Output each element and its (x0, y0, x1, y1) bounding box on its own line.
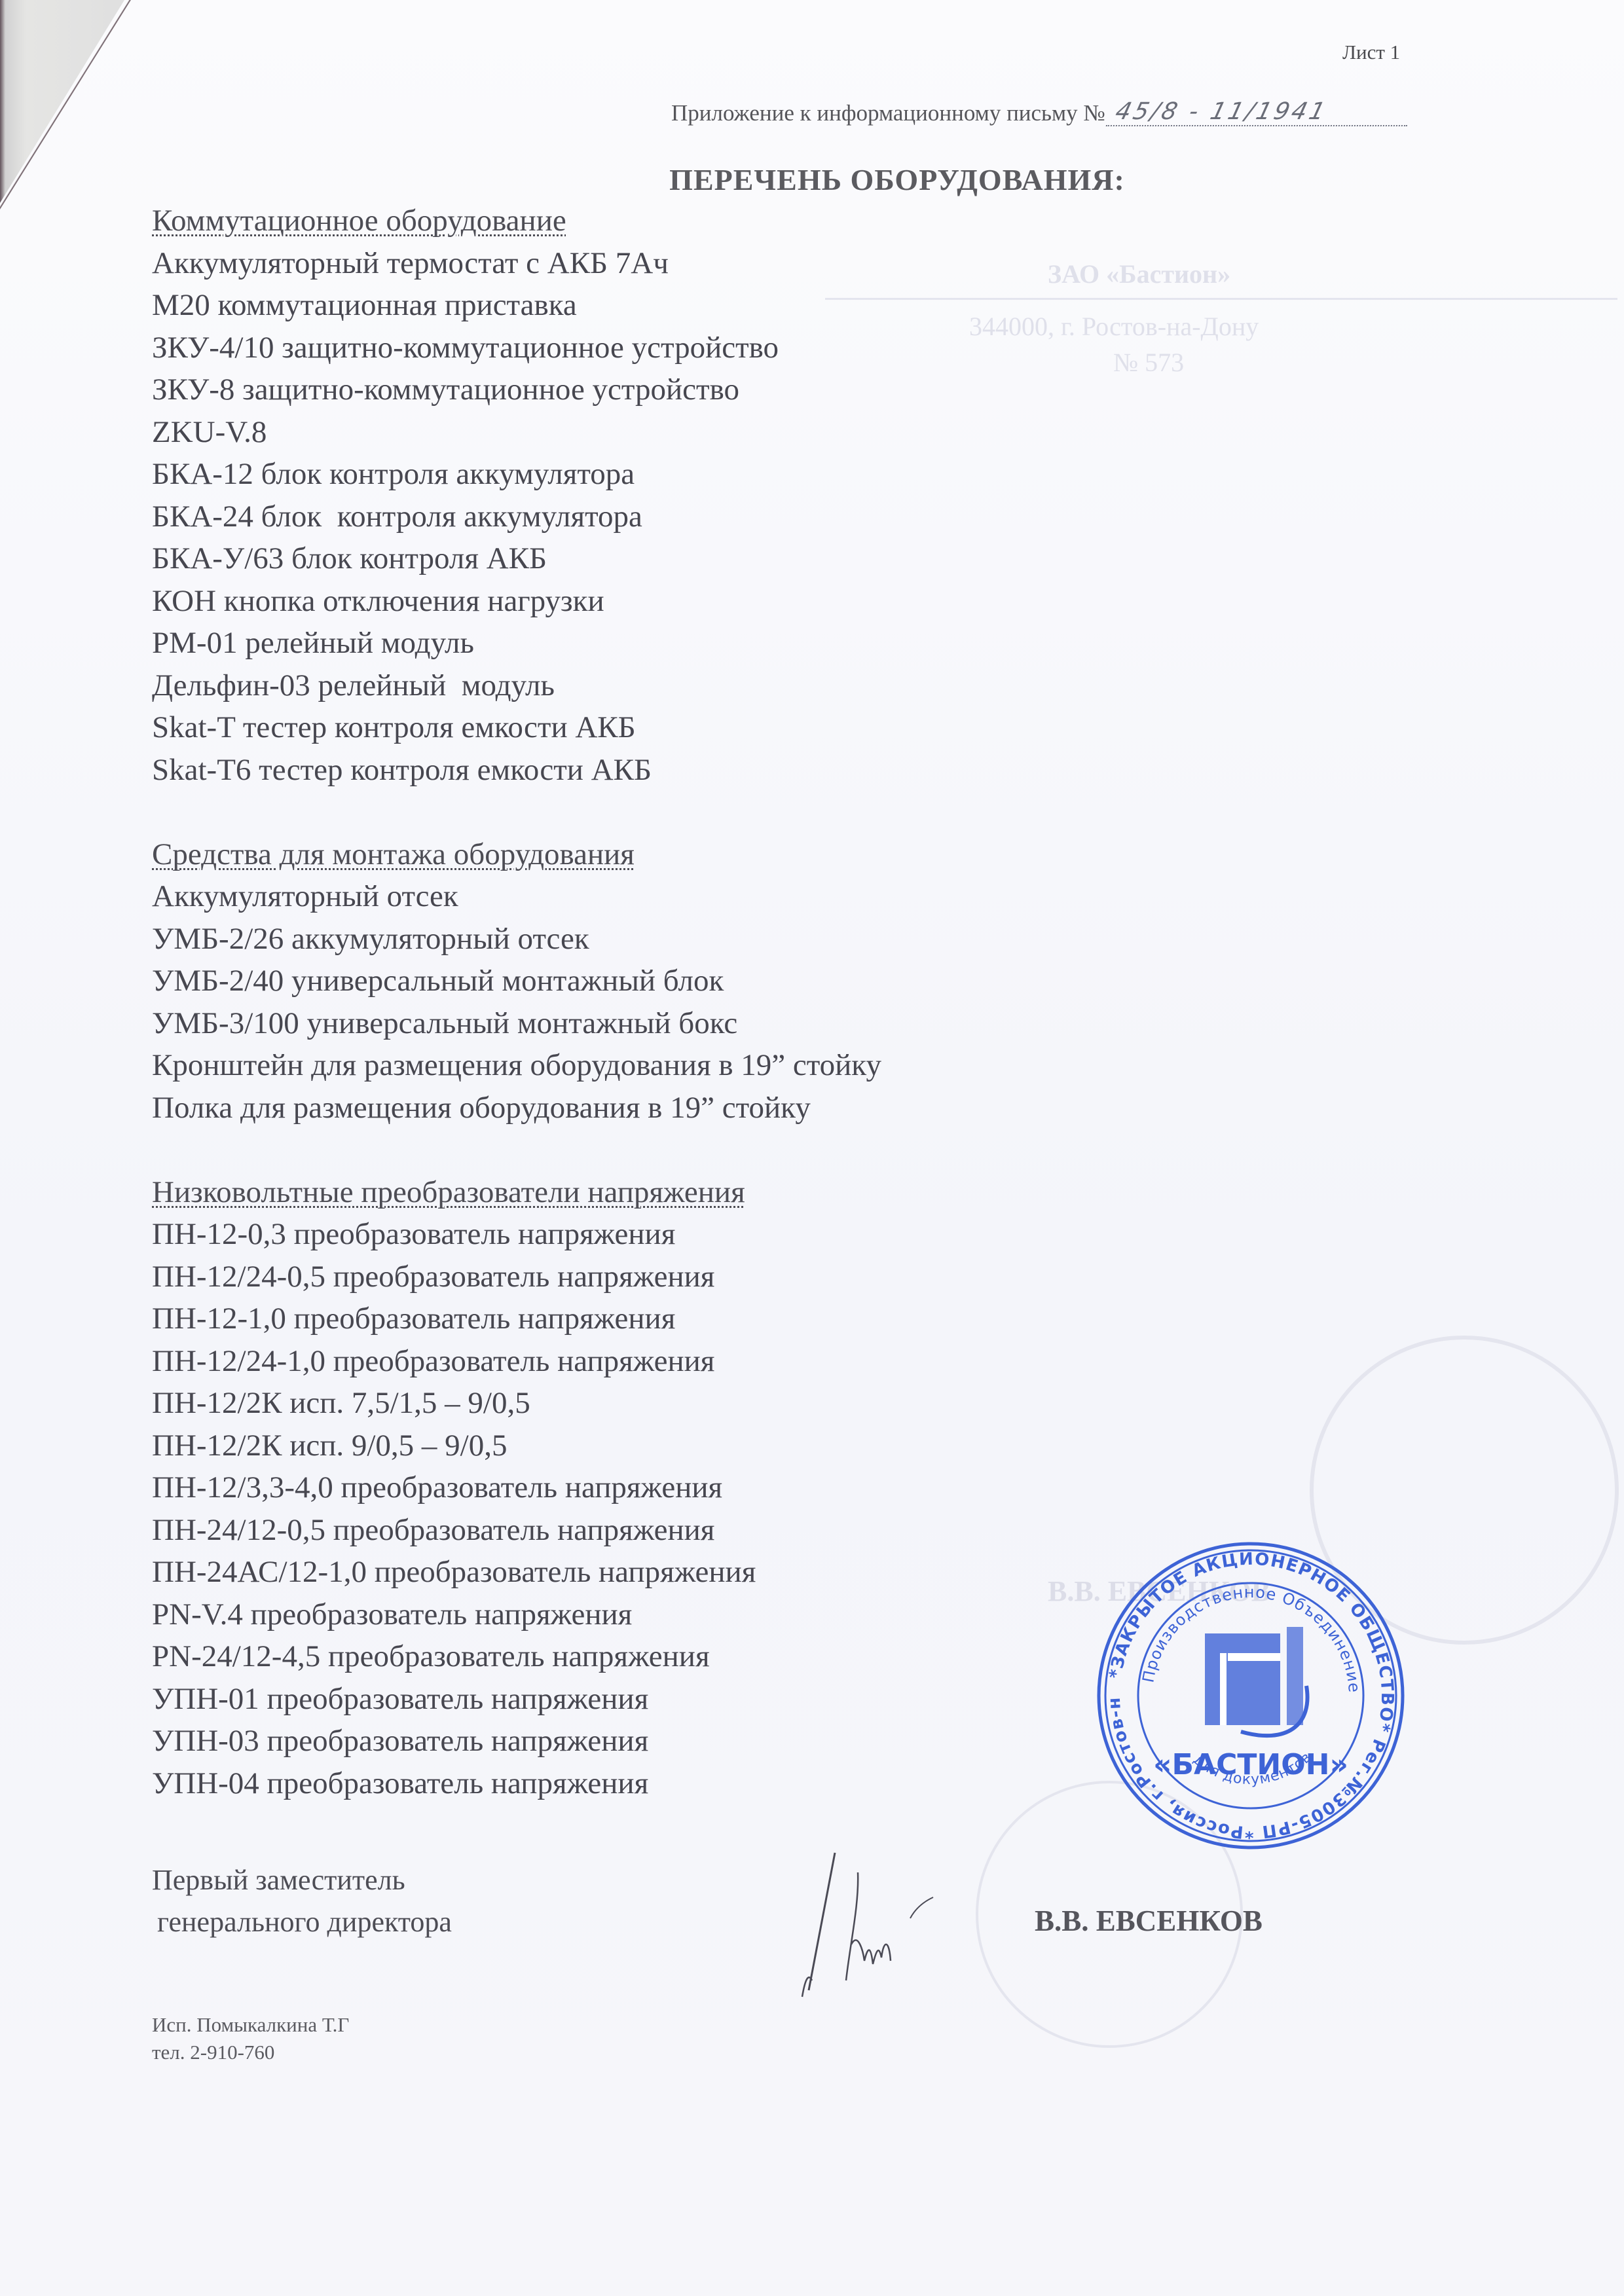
signer-position-line-1: Первый заместитель (152, 1859, 452, 1901)
executor-info: Исп. Помыкалкина Т.Г тел. 2-910-760 (152, 2011, 349, 2066)
list-item: ZKU-V.8 (152, 411, 1265, 454)
section-heading: Средства для монтажа оборудования (152, 833, 1265, 876)
appendix-prefix: Приложение к информационному письму № (671, 100, 1105, 126)
sheet-number: Лист 1 (1342, 41, 1400, 64)
list-item: ЗКУ-4/10 защитно-коммутационное устройст… (152, 327, 1265, 369)
company-seal: *ЗАКРЫТОЕ АКЦИОНЕРНОЕ ОБЩЕСТВО* Рег.№300… (1090, 1535, 1411, 1856)
executor-name: Исп. Помыкалкина Т.Г (152, 2011, 349, 2039)
list-item: Дельфин-03 релейный модуль (152, 665, 1265, 707)
list-item: БКА-У/63 блок контроля АКБ (152, 538, 1265, 580)
signer-position: Первый заместитель генерального директор… (152, 1859, 452, 1943)
seal-logo-icon (1205, 1627, 1308, 1736)
signer-name: В.В. ЕВСЕНКОВ (1035, 1904, 1263, 1938)
section-heading: Коммутационное оборудование (152, 200, 1265, 242)
document-page: ЗАО «Бастион» 344000, г. Ростов-на-Дону … (0, 0, 1624, 2296)
list-item: УМБ-3/100 универсальный монтажный бокс (152, 1002, 1265, 1045)
appendix-reference: Приложение к информационному письму № 45… (671, 98, 1411, 126)
section-gap (152, 791, 1265, 833)
list-item: ПН-12-0,3 преобразователь напряжения (152, 1213, 1265, 1256)
list-item: ПН-12/2К исп. 7,5/1,5 – 9/0,5 (152, 1382, 1265, 1425)
list-item: ПН-12/24-1,0 преобразователь напряжения (152, 1340, 1265, 1383)
seal-center-name: «БАСТИОН» (1153, 1748, 1348, 1781)
list-item: Skat-T6 тестер контроля емкости АКБ (152, 749, 1265, 792)
executor-phone: тел. 2-910-760 (152, 2039, 349, 2066)
list-item: ПН-12/24-0,5 преобразователь напряжения (152, 1256, 1265, 1298)
list-item: Аккумуляторный отсек (152, 875, 1265, 918)
list-item: Skat-T тестер контроля емкости АКБ (152, 706, 1265, 749)
list-item: БКА-12 блок контроля аккумулятора (152, 453, 1265, 496)
document-title: ПЕРЕЧЕНЬ ОБОРУДОВАНИЯ: (0, 162, 1624, 197)
list-item: КОН кнопка отключения нагрузки (152, 580, 1265, 623)
signer-position-line-2: генерального директора (152, 1901, 452, 1943)
appendix-number-handwritten: 45/8 - 11/1941 (1105, 98, 1414, 126)
list-item: Аккумуляторный термостат с АКБ 7Ач (152, 242, 1265, 285)
section-gap (152, 1129, 1265, 1171)
list-item: Полка для размещения оборудования в 19” … (152, 1087, 1265, 1129)
list-item: БКА-24 блок контроля аккумулятора (152, 496, 1265, 538)
list-item: М20 коммутационная приставка (152, 284, 1265, 327)
list-item: ЗКУ-8 защитно-коммутационное устройство (152, 369, 1265, 411)
list-item: УМБ-2/40 универсальный монтажный блок (152, 960, 1265, 1002)
handwritten-signature (786, 1846, 982, 2003)
list-item: ПН-12/2К исп. 9/0,5 – 9/0,5 (152, 1425, 1265, 1467)
section-heading: Низковольтные преобразователи напряжения (152, 1171, 1265, 1214)
list-item: ПН-12-1,0 преобразователь напряжения (152, 1298, 1265, 1340)
list-item: Кронштейн для размещения оборудования в … (152, 1044, 1265, 1087)
list-item: УМБ-2/26 аккумуляторный отсек (152, 918, 1265, 960)
list-item: РМ-01 релейный модуль (152, 622, 1265, 665)
list-item: ПН-12/3,3-4,0 преобразователь напряжения (152, 1467, 1265, 1509)
